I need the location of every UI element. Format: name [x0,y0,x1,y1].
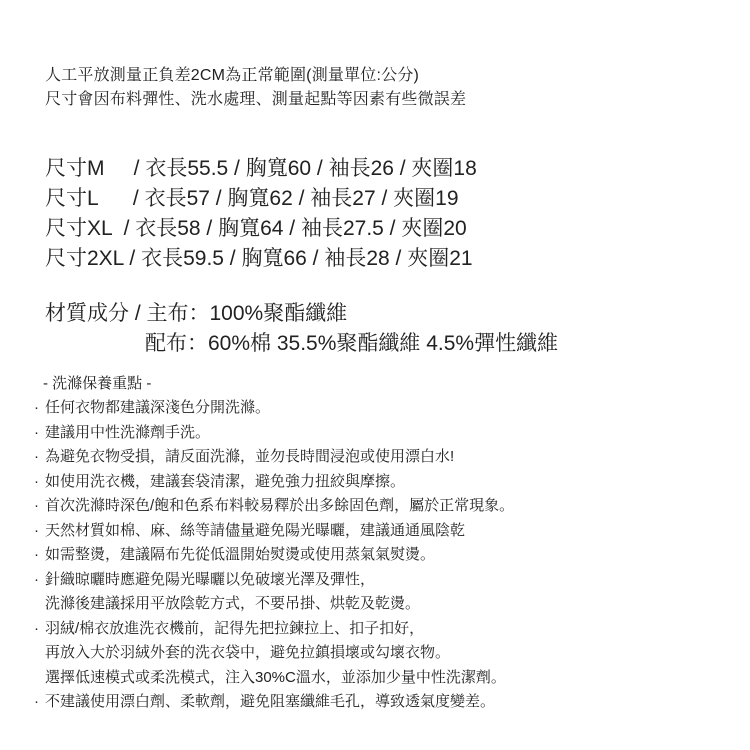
care-item: ·針織晾曬時應避免陽光曝曬以免破壞光澤及彈性， [45,568,725,593]
bullet-dot-icon: · [34,445,39,470]
care-item-text: 為避免衣物受損，請反面洗滌，並勿長時間浸泡或使用漂白水! [45,448,454,465]
care-item-text: 洗滌後建議採用平放陰乾方式，不要吊掛、烘乾及乾燙。 [45,595,420,612]
size-row-xl: 尺寸XL / 衣長58 / 胸寬64 / 袖長27.5 / 夾圈20 [45,214,725,244]
measurement-note-line2: 尺寸會因布料彈性、洗水處理、測量起點等因素有些微誤差 [45,88,725,112]
care-item: ·如使用洗衣機，建議套袋清潔，避免強力扭絞與摩擦。 [45,470,725,495]
material-main-fabric: 材質成分 / 主布：100%聚酯纖維 [45,299,725,329]
care-item: ·羽絨/棉衣放進洗衣機前，記得先把拉鍊拉上、扣子扣好， [45,617,725,642]
care-item: ·為避免衣物受損，請反面洗滌，並勿長時間浸泡或使用漂白水! [45,445,725,470]
size-row-m: 尺寸M / 衣長55.5 / 胸寬60 / 袖長26 / 夾圈18 [45,154,725,184]
product-description-page: 人工平放測量正負差2CM為正常範圍(測量單位:公分) 尺寸會因布料彈性、洗水處理… [0,0,750,750]
size-row-l: 尺寸L / 衣長57 / 胸寬62 / 袖長27 / 夾圈19 [45,184,725,214]
care-item: ·建議用中性洗滌劑手洗。 [45,421,725,446]
care-item-text: 如需整燙，建議隔布先從低溫開始熨燙或使用蒸氣氣熨燙。 [45,546,435,563]
care-item-text: 選擇低速模式或柔洗模式，注入30%C溫水，並添加少量中性洗潔劑。 [45,669,506,686]
care-item-text: 羽絨/棉衣放進洗衣機前，記得先把拉鍊拉上、扣子扣好， [45,620,424,637]
size-row-2xl: 尺寸2XL / 衣長59.5 / 胸寬66 / 袖長28 / 夾圈21 [45,244,725,274]
care-item: ·不建議使用漂白劑、柔軟劑，避免阻塞纖維毛孔，導致透氣度變差。 [45,690,725,715]
care-header: - 洗滌保養重點 - [43,372,725,396]
measurement-note-line1: 人工平放測量正負差2CM為正常範圍(測量單位:公分) [45,64,725,88]
care-item-text: 針織晾曬時應避免陽光曝曬以免破壞光澤及彈性， [45,571,375,588]
size-chart: 尺寸M / 衣長55.5 / 胸寬60 / 袖長26 / 夾圈18 尺寸L / … [45,154,725,274]
material-secondary-fabric: 配布：60%棉 35.5%聚酯纖維 4.5%彈性纖維 [145,329,725,359]
care-item-text: 任何衣物都建議深淺色分開洗滌。 [45,399,270,416]
care-item-text: 首次洗滌時深色/飽和色系布料較易釋於出多餘固色劑，屬於正常現象。 [45,497,514,514]
care-item: ·如需整燙，建議隔布先從低溫開始熨燙或使用蒸氣氣熨燙。 [45,543,725,568]
bullet-dot-icon: · [34,690,39,715]
care-item-continuation: 洗滌後建議採用平放陰乾方式，不要吊掛、烘乾及乾燙。 [45,592,725,617]
bullet-dot-icon: · [34,617,39,642]
bullet-dot-icon: · [34,519,39,544]
care-item: ·任何衣物都建議深淺色分開洗滌。 [45,396,725,421]
care-item: ·天然材質如棉、麻、絲等請儘量避免陽光曝曬，建議通通風陰乾 [45,519,725,544]
material-composition: 材質成分 / 主布：100%聚酯纖維 配布：60%棉 35.5%聚酯纖維 4.5… [45,299,725,359]
measurement-note: 人工平放測量正負差2CM為正常範圍(測量單位:公分) 尺寸會因布料彈性、洗水處理… [45,64,725,112]
care-instructions: - 洗滌保養重點 - ·任何衣物都建議深淺色分開洗滌。 ·建議用中性洗滌劑手洗。… [45,372,725,715]
care-item-continuation: 選擇低速模式或柔洗模式，注入30%C溫水，並添加少量中性洗潔劑。 [45,666,725,691]
care-item-text: 天然材質如棉、麻、絲等請儘量避免陽光曝曬，建議通通風陰乾 [45,522,465,539]
bullet-dot-icon: · [34,470,39,495]
care-item-text: 建議用中性洗滌劑手洗。 [45,424,210,441]
bullet-dot-icon: · [34,543,39,568]
care-item-continuation: 再放入大於羽絨外套的洗衣袋中，避免拉鎮損壞或勾壞衣物。 [45,641,725,666]
care-item-text: 不建議使用漂白劑、柔軟劑，避免阻塞纖維毛孔，導致透氣度變差。 [45,693,495,710]
bullet-dot-icon: · [34,421,39,446]
care-item-text: 如使用洗衣機，建議套袋清潔，避免強力扭絞與摩擦。 [45,473,405,490]
care-item: ·首次洗滌時深色/飽和色系布料較易釋於出多餘固色劑，屬於正常現象。 [45,494,725,519]
bullet-dot-icon: · [34,568,39,593]
bullet-dot-icon: · [34,396,39,421]
bullet-dot-icon: · [34,494,39,519]
care-item-text: 再放入大於羽絨外套的洗衣袋中，避免拉鎮損壞或勾壞衣物。 [45,644,450,661]
